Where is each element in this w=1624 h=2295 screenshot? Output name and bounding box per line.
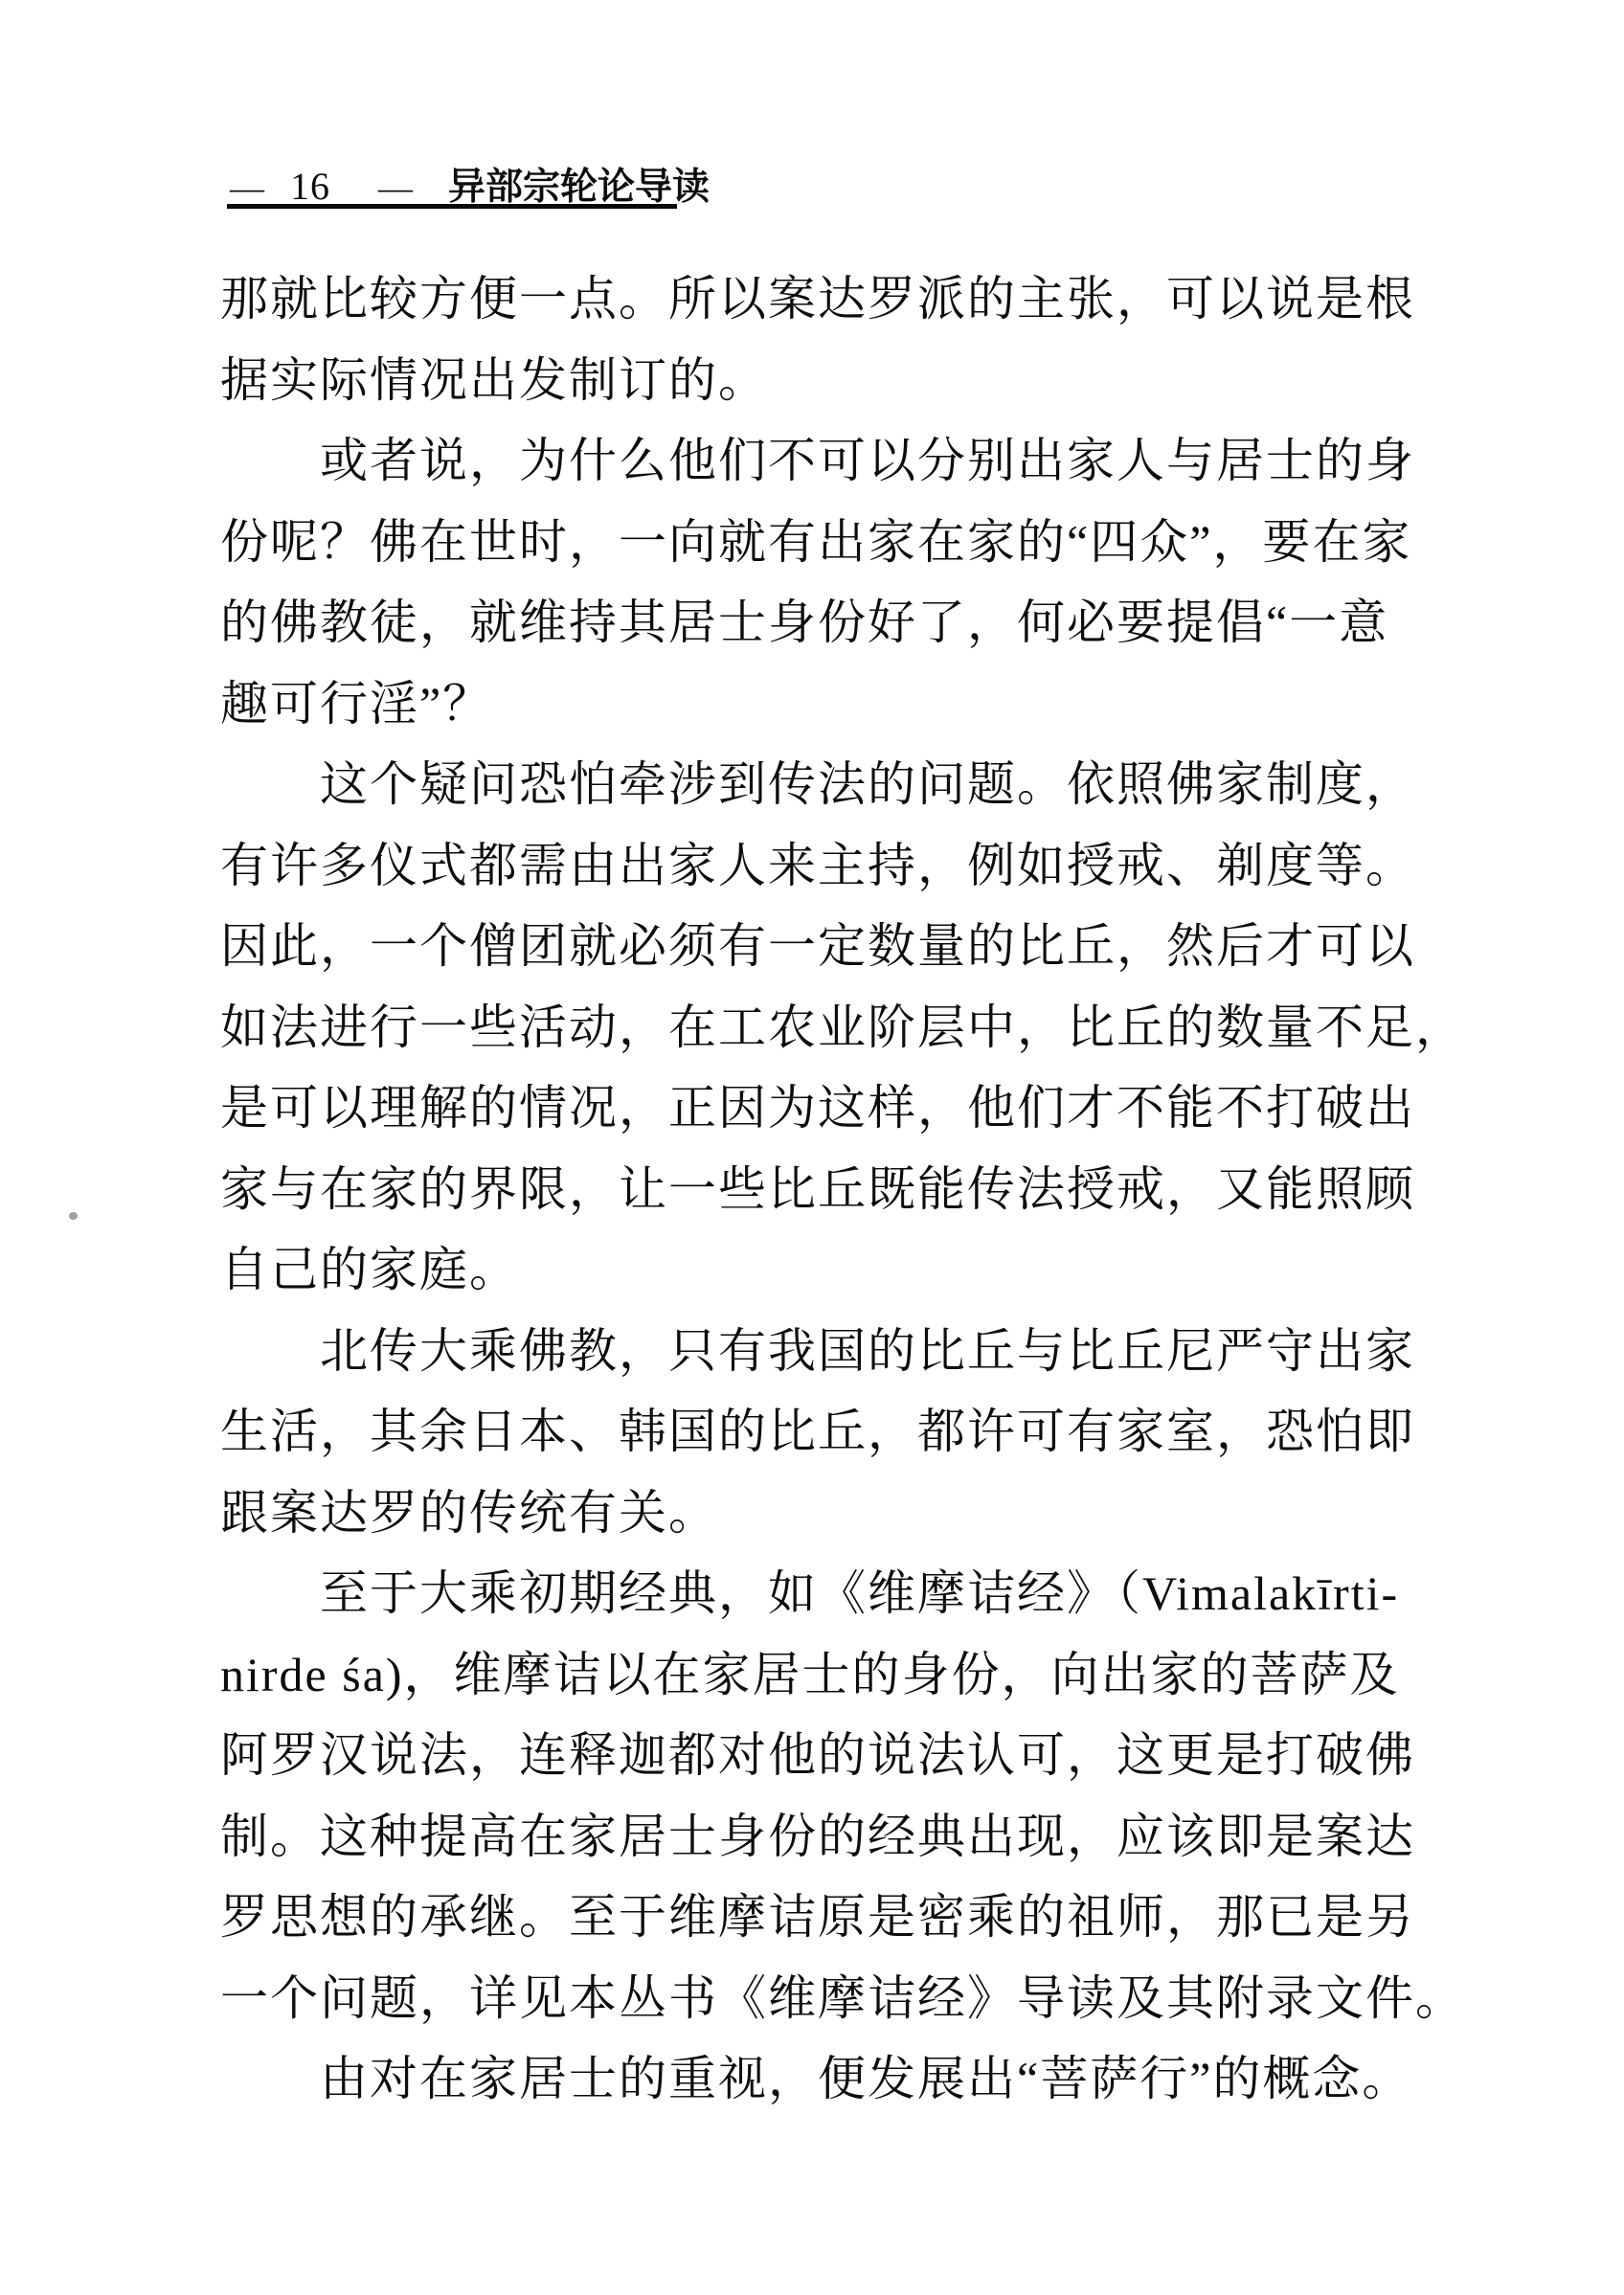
paragraph: 或者说，为什么他们不可以分别出家人与居士的身份呢？佛在世时，一向就有出家在家的“… [220,420,1508,744]
text-line: 罗思想的承继。至于维摩诘原是密乘的祖师，那已是另 [220,1877,1508,1958]
page-number: 16 [290,164,330,209]
paragraph: 北传大乘佛教，只有我国的比丘与比丘尼严守出家生活，其余日本、韩国的比丘，都许可有… [220,1311,1508,1554]
paragraph: 那就比较方便一点。所以案达罗派的主张，可以说是根据实际情况出发制订的。 [220,259,1508,420]
header-dash-right: — [378,168,414,208]
text-line: 据实际情况出发制订的。 [220,340,1508,421]
text-line: nirde śa)，维摩诘以在家居士的身份，向出家的菩萨及 [220,1634,1508,1716]
text-line: 至于大乘初期经典，如《维摩诘经》（Vimalakīrti- [220,1553,1508,1634]
scan-speck [69,1212,78,1220]
text-line: 如法进行一些活动，在工农业阶层中，比丘的数量不足， [220,987,1508,1069]
header-rule [227,204,677,209]
paragraph: 这个疑问恐怕牵涉到传法的问题。依照佛家制度，有许多仪式都需由出家人来主持，例如授… [220,744,1508,1311]
text-line: 生活，其余日本、韩国的比丘，都许可有家室，恐怕即 [220,1391,1508,1473]
text-line: 趣可行淫”？ [220,664,1508,745]
text-line: 家与在家的界限，让一些比丘既能传法授戒，又能照顾 [220,1149,1508,1230]
text-line: 由对在家居士的重视，便发展出“菩萨行”的概念。 [220,2038,1508,2120]
page-header: — 16 — 异部宗轮论导读 [230,157,710,211]
text-line: 份呢？佛在世时，一向就有出家在家的“四众”，要在家 [220,502,1508,583]
text-line: 自己的家庭。 [220,1229,1508,1311]
text-line: 这个疑问恐怕牵涉到传法的问题。依照佛家制度， [220,744,1508,825]
header-dash-left: — [230,168,265,208]
text-line: 或者说，为什么他们不可以分别出家人与居士的身 [220,420,1508,502]
text-line: 阿罗汉说法，连释迦都对他的说法认可，这更是打破佛 [220,1715,1508,1796]
text-line: 的佛教徒，就维持其居士身份好了，何必要提倡“一意 [220,582,1508,664]
text-line: 制。这种提高在家居士身份的经典出现，应该即是案达 [220,1796,1508,1878]
paragraph: 至于大乘初期经典，如《维摩诘经》（Vimalakīrti-nirde śa)，维… [220,1553,1508,2038]
book-page: — 16 — 异部宗轮论导读 那就比较方便一点。所以案达罗派的主张，可以说是根据… [0,0,1624,2295]
body-text: 那就比较方便一点。所以案达罗派的主张，可以说是根据实际情况出发制订的。或者说，为… [220,259,1508,2120]
text-line: 是可以理解的情况，正因为这样，他们才不能不打破出 [220,1068,1508,1149]
paragraph: 由对在家居士的重视，便发展出“菩萨行”的概念。 [220,2038,1508,2120]
text-line: 有许多仪式都需由出家人来主持，例如授戒、剃度等。 [220,825,1508,907]
text-line: 跟案达罗的传统有关。 [220,1473,1508,1554]
text-line: 一个问题，详见本丛书《维摩诘经》导读及其附录文件。 [220,1958,1508,2039]
text-line: 因此，一个僧团就必须有一定数量的比丘，然后才可以 [220,906,1508,987]
text-line: 那就比较方便一点。所以案达罗派的主张，可以说是根 [220,259,1508,340]
text-line: 北传大乘佛教，只有我国的比丘与比丘尼严守出家 [220,1311,1508,1392]
running-title: 异部宗轮论导读 [448,157,710,211]
